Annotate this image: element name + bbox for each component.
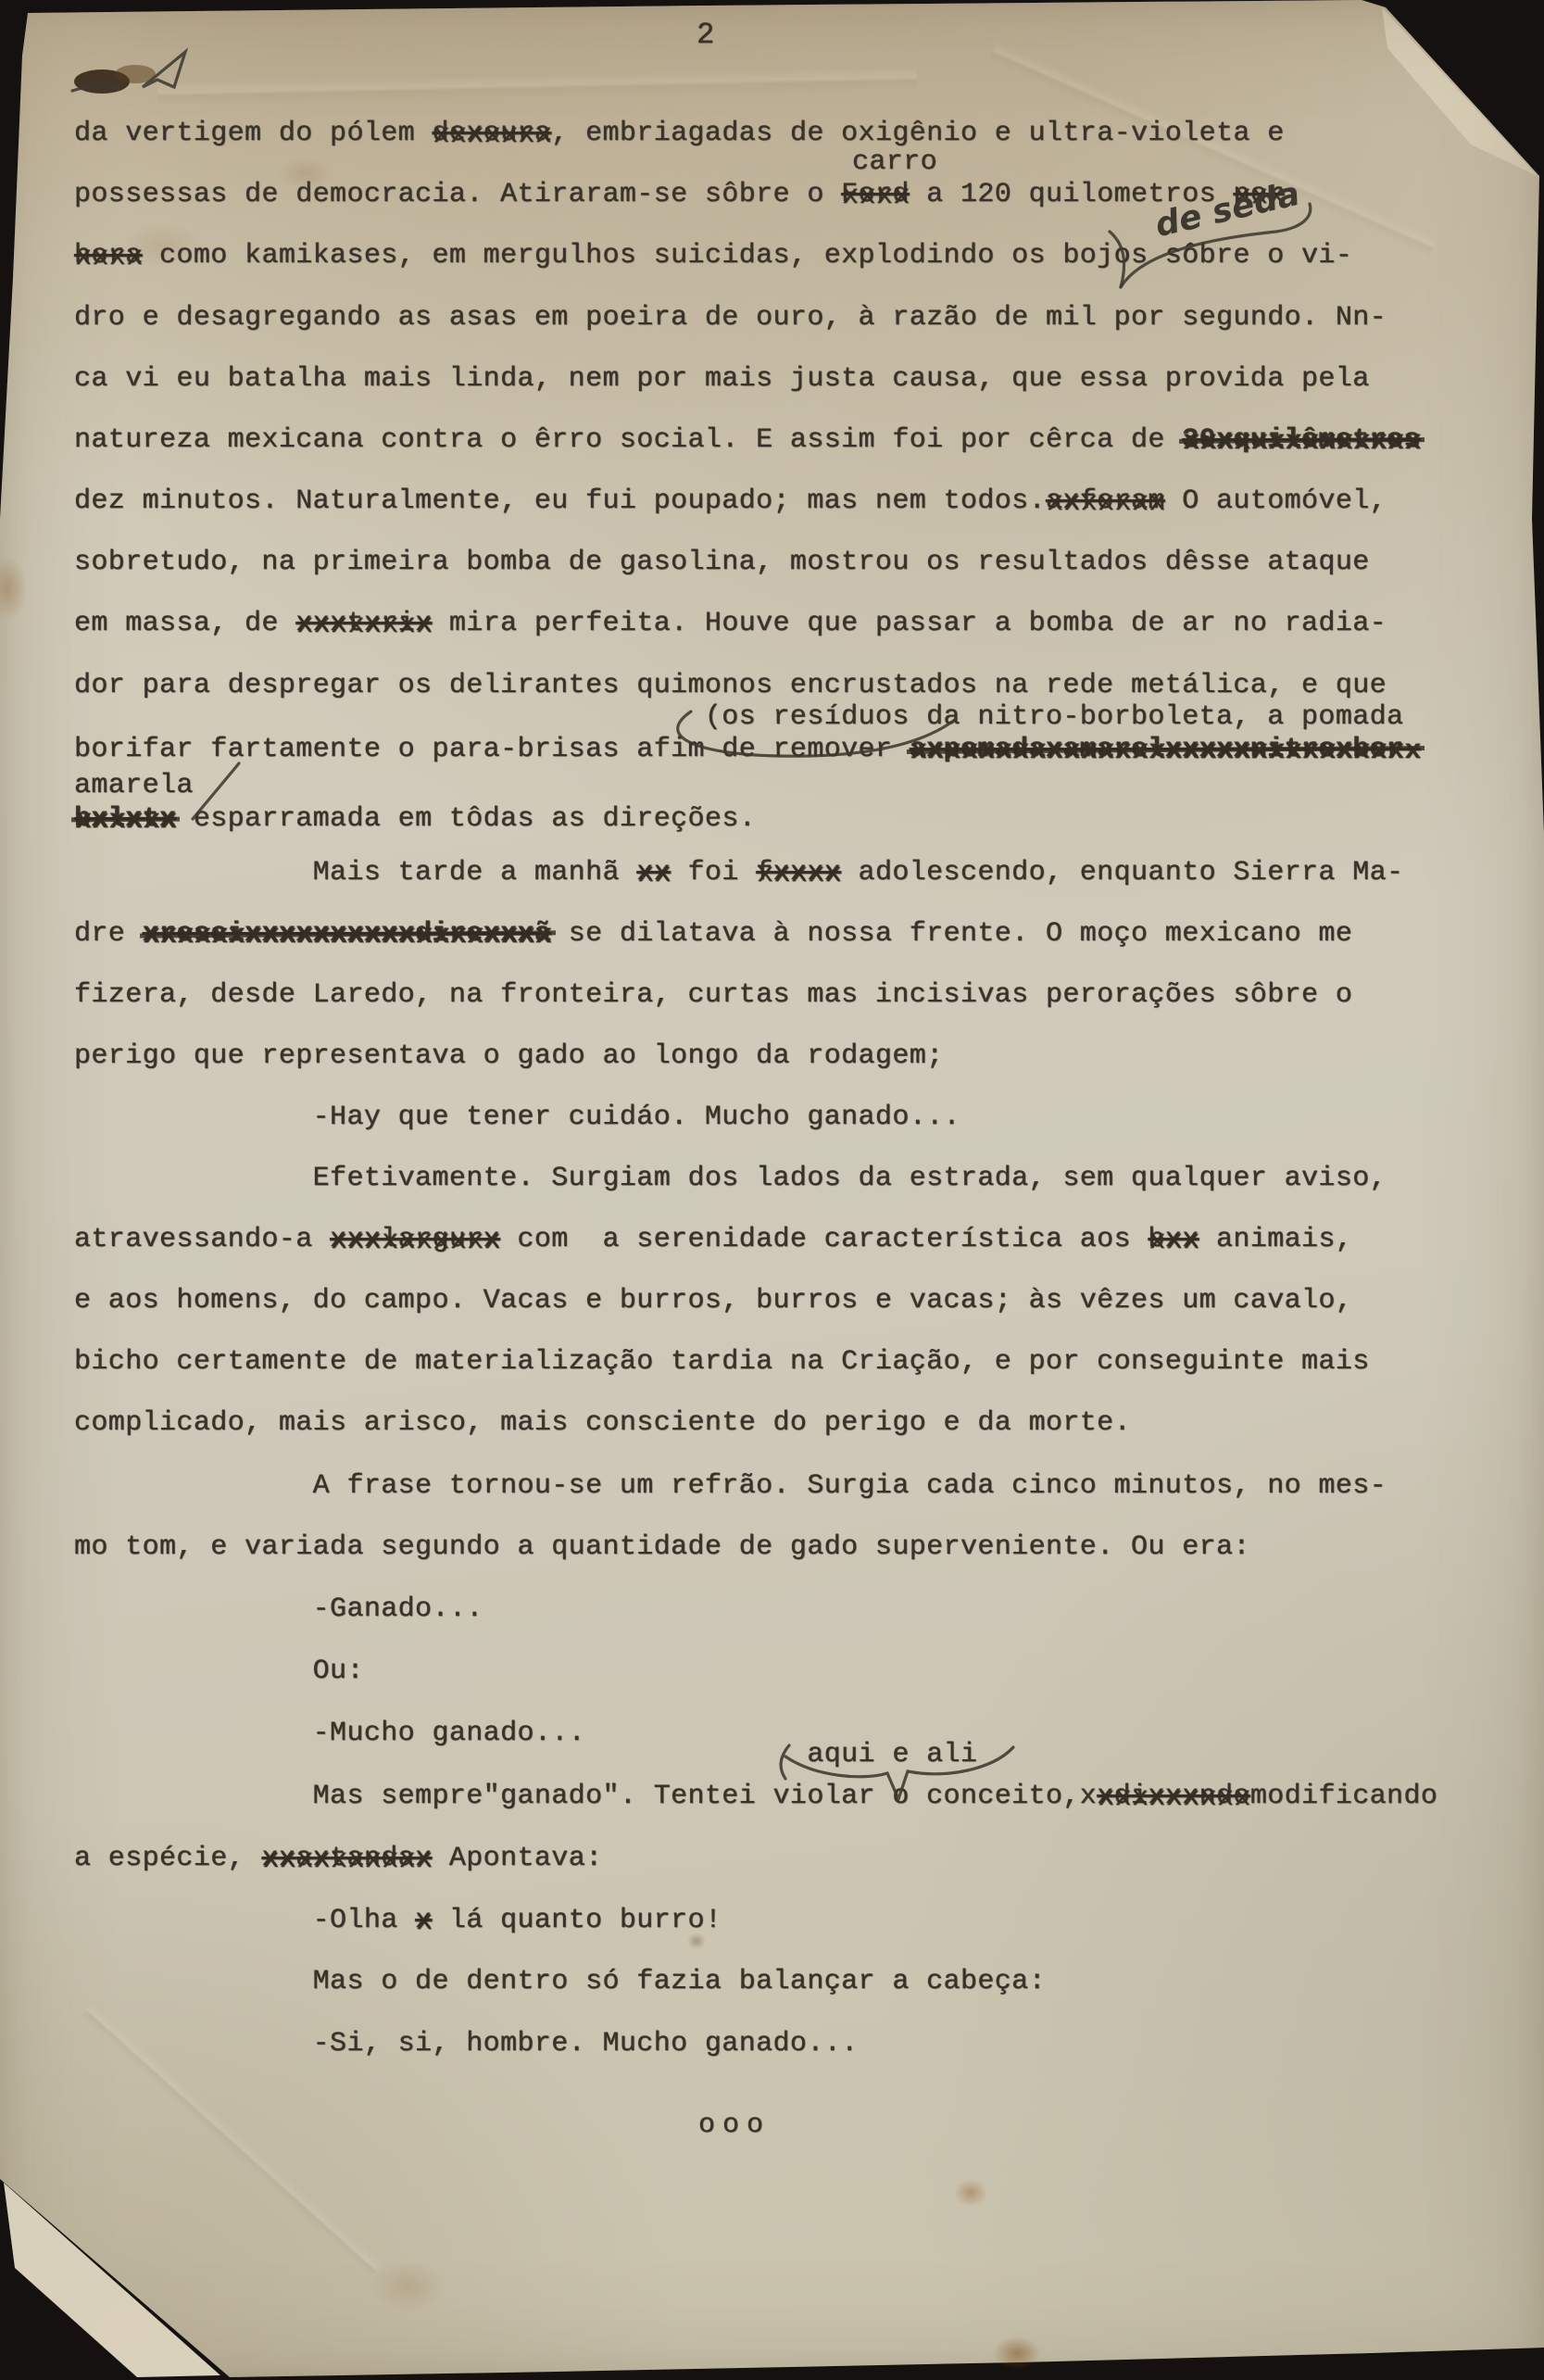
typed-text: bicho certamente de materialização tardi… [74, 1346, 1370, 1378]
typed-text: -Ganado... [74, 1593, 483, 1625]
typed-line: Efetivamente. Surgiam dos lados da estra… [74, 1162, 1387, 1195]
typed-text: como kamikases, em mergulhos suicidas, e… [143, 240, 1353, 271]
typed-line: aqui e ali [74, 1738, 977, 1771]
typed-text: Mais tarde a manhã [74, 857, 636, 888]
typed-text: com a serenidade característica aos [500, 1224, 1148, 1255]
typed-text: esparramada em tôdas as direções. [176, 803, 756, 835]
typed-line: -Olha x lá quanto burro! [74, 1904, 722, 1937]
typed-line: bicho certamente de materialização tardi… [74, 1345, 1370, 1379]
struck-text: bxlxtx [74, 803, 176, 835]
typed-insert-carro: carro [852, 145, 937, 179]
typed-text: da vertigem do pólem [74, 118, 432, 149]
struck-text: axforam [1046, 485, 1165, 517]
typed-line: e aos homens, do campo. Vacas e burros, … [74, 1284, 1352, 1317]
page-number: 2 [697, 19, 715, 52]
typed-line: A frase tornou-se um refrão. Surgia cada… [74, 1469, 1387, 1503]
typed-line: Ou: [74, 1655, 364, 1688]
typed-line: atravessando-a xxxlargurx com a serenida… [74, 1223, 1352, 1256]
typed-line: da vertigem do pólem dexoura, embriagada… [74, 117, 1285, 150]
typed-line: Mas sempre"ganado". Tentei violar o conc… [74, 1780, 1437, 1813]
typed-text: se dilatava à nossa frente. O moço mexic… [551, 918, 1352, 950]
struck-text: Ford [841, 179, 910, 210]
typed-text: Mas o de dentro só fazia balançar a cabe… [74, 1966, 1046, 1997]
struck-text: xxxtxrix [295, 608, 432, 639]
struck-text: xdixxxndo [1097, 1781, 1250, 1812]
typed-line: mo tom, e variada segundo a quantidade d… [74, 1530, 1250, 1564]
struck-text: xrescixxxxxxxxxxdirexxxã [143, 918, 552, 950]
typed-text: lá quanto burro! [432, 1905, 722, 1936]
typed-line: sobretudo, na primeira bomba de gasolina… [74, 546, 1370, 579]
typed-text: fizera, desde Laredo, na fronteira, curt… [74, 979, 1352, 1011]
struck-text: bxx [1148, 1224, 1199, 1255]
typed-line: bxlxtx esparramada em tôdas as direções. [74, 802, 756, 836]
ooo-separator: ooo [698, 2109, 771, 2142]
struck-text: xxaxtandax [261, 1843, 432, 1874]
typed-line: dro e desagregando as asas em poeira de … [74, 301, 1387, 334]
typed-text: mo tom, e variada segundo a quantidade d… [74, 1531, 1250, 1563]
typed-text: -Si, si, hombre. Mucho ganado... [74, 2028, 859, 2059]
typed-text: mira perfeita. Houve que passar a bomba … [432, 608, 1387, 639]
typed-line: dor para despregar os delirantes quimono… [74, 669, 1387, 702]
typed-line: Mais tarde a manhã xx foi fxxxx adolesce… [74, 856, 1403, 889]
typed-text: perigo que representava o gado ao longo … [74, 1040, 944, 1072]
typed-text: , embriagadas de oxigênio e ultra-violet… [551, 118, 1284, 149]
struck-text: dexoura [432, 118, 551, 149]
typed-text: animais, [1199, 1224, 1353, 1255]
typed-text: (os resíduos da nitro-borboleta, a pomad… [74, 701, 1403, 733]
typed-text: dez minutos. Naturalmente, eu fui poupad… [74, 485, 1046, 517]
typed-line: possessas de democracia. Atiraram-se sôb… [74, 178, 1285, 211]
typed-text: Ou: [74, 1656, 364, 1687]
typed-line: (os resíduos da nitro-borboleta, a pomad… [74, 700, 1403, 734]
typed-text: Apontava: [432, 1843, 602, 1874]
typed-line: natureza mexicana contra o êrro social. … [74, 423, 1421, 457]
typed-line: dre xrescixxxxxxxxxxdirexxxã se dilatava… [74, 917, 1352, 951]
typed-text: -Olha [74, 1905, 415, 1936]
typed-line: dez minutos. Naturalmente, eu fui poupad… [74, 485, 1387, 518]
typed-line: -Si, si, hombre. Mucho ganado... [74, 2027, 859, 2060]
typed-text: complicado, mais arisco, mais consciente… [74, 1407, 1131, 1439]
typed-line: Mas o de dentro só fazia balançar a cabe… [74, 1965, 1046, 1998]
typed-line: amarela [74, 769, 194, 802]
typed-text: Efetivamente. Surgiam dos lados da estra… [74, 1163, 1387, 1194]
typed-line: fizera, desde Laredo, na fronteira, curt… [74, 978, 1352, 1012]
typed-text: -Hay que tener cuidáo. Mucho ganado... [74, 1102, 960, 1133]
typed-text: ca vi eu batalha mais linda, nem por mai… [74, 363, 1370, 395]
typed-text: a espécie, [74, 1843, 261, 1874]
struck-text: 30xquilômetros [1182, 424, 1421, 456]
typed-line: ca vi eu batalha mais linda, nem por mai… [74, 362, 1370, 396]
typed-text: A frase tornou-se um refrão. Surgia cada… [74, 1470, 1387, 1502]
typed-line: -Ganado... [74, 1593, 483, 1626]
typed-text: amarela [74, 770, 194, 801]
typed-line: perigo que representava o gado ao longo … [74, 1039, 944, 1073]
typed-text: sobretudo, na primeira bomba de gasolina… [74, 547, 1370, 578]
typed-text: atravessando-a [74, 1224, 330, 1255]
typed-text: adolescendo, enquanto Sierra Ma- [841, 857, 1403, 888]
struck-text: hora [74, 240, 143, 271]
struck-text: xxxlargurx [330, 1224, 500, 1255]
struck-text: xx [636, 857, 671, 888]
typed-line: complicado, mais arisco, mais consciente… [74, 1406, 1131, 1440]
typed-text: Mas sempre"ganado". Tentei violar o conc… [74, 1781, 1097, 1812]
typed-text: dor para despregar os delirantes quimono… [74, 670, 1387, 701]
typed-text: dro e desagregando as asas em poeira de … [74, 302, 1387, 334]
typed-text: foi [671, 857, 756, 888]
scanned-typescript-page: 2 da vertigem do pólem dexoura, embriaga… [0, 0, 1544, 2380]
typed-text: aqui e ali [74, 1739, 977, 1770]
typed-text: em massa, de [74, 608, 295, 639]
struck-text: fxxxx [756, 857, 841, 888]
typed-line: borifar fartamente o para-brisas afim de… [74, 733, 1421, 766]
typed-line: -Hay que tener cuidáo. Mucho ganado... [74, 1101, 960, 1134]
typed-text: e aos homens, do campo. Vacas e burros, … [74, 1285, 1352, 1316]
typed-text: possessas de democracia. Atiraram-se sôb… [74, 179, 841, 210]
typed-text: borifar fartamente o para-brisas afim de… [74, 734, 910, 765]
typed-text: modificando [1250, 1781, 1437, 1812]
typed-text: dre [74, 918, 143, 950]
typed-line: a espécie, xxaxtandax Apontava: [74, 1842, 603, 1875]
struck-text: x [415, 1905, 432, 1936]
typed-text: natureza mexicana contra o êrro social. … [74, 424, 1182, 456]
typed-line: em massa, de xxxtxrix mira perfeita. Hou… [74, 607, 1387, 640]
struck-text: axpomadaxamarelxxxxxnitroxbor- [910, 734, 1421, 765]
typed-text: O automóvel, [1165, 485, 1387, 517]
